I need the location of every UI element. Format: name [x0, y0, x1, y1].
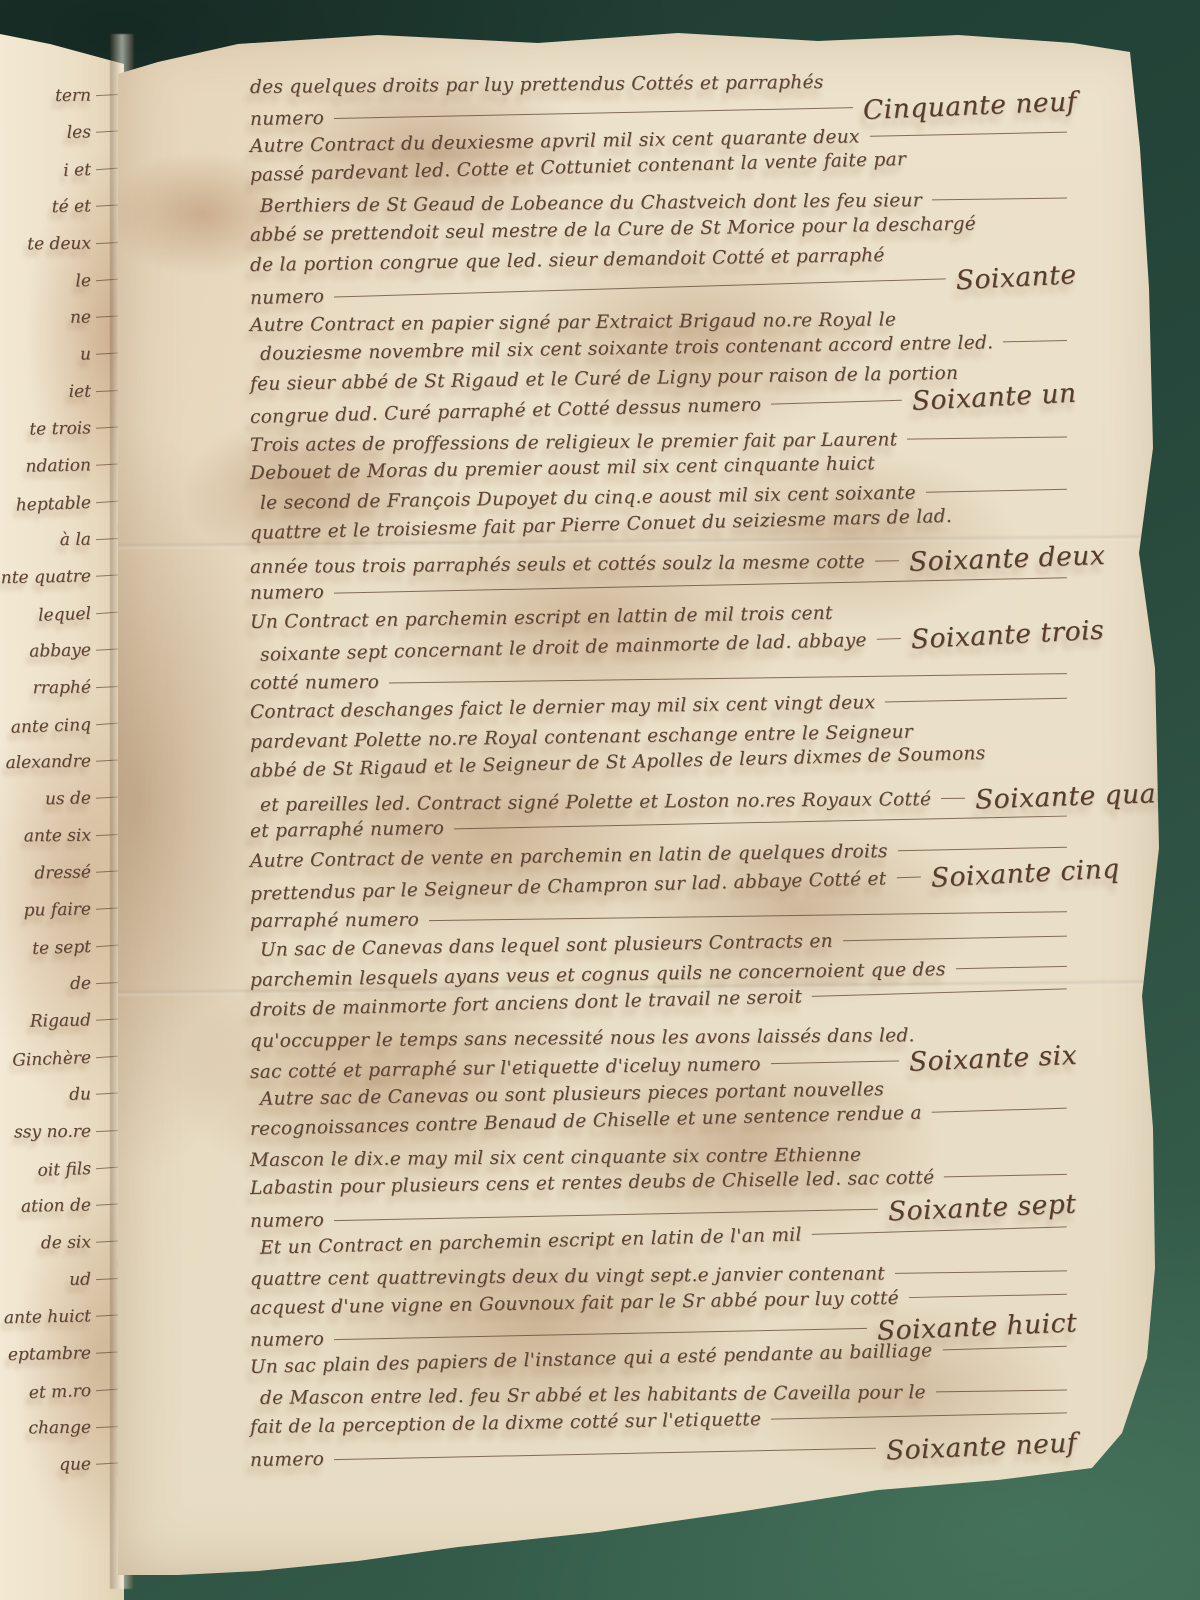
ink-rule — [771, 1412, 1067, 1419]
margin-number: Soixante neuf — [885, 1428, 1077, 1466]
fragment-text: iet — [68, 374, 91, 411]
fragment-text: ante huict — [4, 1298, 92, 1337]
left-page-fragment: u — [0, 336, 122, 376]
ink-rule — [895, 1270, 1067, 1273]
fragment-text: te sept — [32, 929, 92, 968]
left-page-fragment: de six — [0, 1224, 122, 1264]
left-page-fragment: oit fils — [0, 1150, 123, 1191]
ink-rule — [936, 1390, 1067, 1393]
ink-rule — [334, 1328, 867, 1340]
fragment-text: de six — [41, 1224, 92, 1262]
margin-number: Soixante trois — [910, 616, 1105, 656]
left-page-fragment: dressé — [0, 854, 122, 894]
ink-rule — [956, 966, 1067, 969]
ink-rule — [334, 1209, 878, 1221]
fragment-text: abbaye — [29, 632, 91, 670]
ink-rule — [926, 489, 1067, 493]
fragment-text: rraphé — [33, 670, 92, 708]
left-page-fragment: abbaye — [0, 632, 122, 672]
fragment-text: ation de — [21, 1187, 92, 1225]
fragment-text: ante cinq — [10, 707, 91, 747]
ink-rule — [941, 798, 965, 799]
left-page-fragment: le — [0, 262, 123, 303]
ink-rule — [812, 988, 1067, 997]
left-page-fragment: te deux — [0, 225, 122, 263]
left-page-fragment: ud — [0, 1261, 122, 1299]
left-page-fragment: à la — [0, 521, 122, 559]
manuscript-photo: tern les i et té et te deux le ne — [0, 0, 1200, 1600]
left-page-fragment: alexandre — [0, 743, 122, 783]
left-page-fragment: change — [0, 1409, 122, 1447]
left-page-fragment: rraphé — [0, 669, 122, 707]
line-text: et parraphé numero — [250, 814, 445, 847]
fragment-text: ndation — [25, 447, 91, 485]
left-page-fragment: ssy no.re — [0, 1113, 122, 1151]
left-page-fragment: ne — [0, 299, 122, 339]
ink-rule — [334, 577, 1067, 593]
ink-rule — [771, 399, 902, 404]
ink-rule — [429, 912, 1067, 922]
left-page-fragment: ante six — [0, 817, 122, 855]
fragment-text: et m.ro — [28, 1373, 91, 1412]
fragment-text: que — [59, 1446, 92, 1484]
fragment-text: u — [80, 336, 92, 373]
line-text: cotté numero — [250, 668, 379, 699]
fragment-text: change — [28, 1410, 91, 1448]
left-page-fragment: tern — [0, 77, 122, 115]
left-page-fragment: lequel — [0, 595, 123, 636]
fragment-text: Rigaud — [30, 1002, 92, 1040]
left-page-fragment: ation de — [0, 1187, 122, 1227]
fragment-text: oit fils — [37, 1151, 92, 1190]
left-page-fragment: pu faire — [0, 891, 122, 931]
ink-rule — [898, 846, 1067, 851]
fragment-text: dressé — [34, 854, 91, 892]
left-page-fragment: te sept — [0, 928, 123, 969]
left-page-fragment: les — [0, 114, 122, 154]
fragment-text: nte quatre — [0, 558, 91, 597]
margin-number: Soixante cinq — [930, 854, 1120, 893]
fragment-text: té et — [51, 188, 91, 226]
ink-rule — [909, 1293, 1067, 1297]
fragment-text: ssy no.re — [14, 1114, 91, 1152]
left-page-fragment: heptable — [0, 484, 123, 525]
ink-rule — [334, 278, 946, 297]
ink-rule — [932, 1108, 1067, 1113]
line-text: numero — [250, 104, 325, 135]
fragment-text: du — [69, 1076, 92, 1113]
left-page-fragment: iet — [0, 373, 122, 411]
left-page-fragment: eptambre — [0, 1335, 122, 1375]
fragment-text: les — [66, 114, 91, 151]
left-page-fragment: que — [0, 1446, 122, 1486]
left-page-fragment: té et — [0, 188, 122, 228]
fragment-text: te trois — [29, 410, 91, 448]
fragment-text: ud — [69, 1262, 91, 1299]
ink-rule — [877, 638, 901, 640]
ink-rule — [843, 936, 1067, 942]
manuscript-page: des quelques droits par luy prettendus C… — [118, 28, 1165, 1575]
fragment-text: lequel — [38, 596, 92, 635]
handwritten-text-column: des quelques droits par luy prettendus C… — [118, 28, 1165, 1472]
ink-rule — [875, 560, 899, 561]
fragment-text: ante six — [24, 818, 92, 856]
fragment-text: Ginchère — [12, 1040, 92, 1080]
fragment-text: i et — [63, 152, 92, 190]
left-page-fragment: us de — [0, 780, 122, 820]
left-page-fragment: de — [0, 965, 122, 1003]
margin-number: Soixante — [955, 260, 1077, 296]
line-text: numero — [250, 1444, 325, 1475]
ink-rule — [907, 436, 1067, 439]
left-page-fragment: et m.ro — [0, 1372, 123, 1413]
fragment-text: heptable — [15, 485, 91, 525]
fragment-text: tern — [55, 78, 91, 115]
line-text: parraphé numero — [250, 906, 419, 937]
fragment-text: le — [75, 263, 92, 301]
left-page-fragment: i et — [0, 151, 123, 192]
left-page-fragment: Ginchère — [0, 1039, 123, 1080]
fragment-text: alexandre — [5, 743, 91, 782]
fragment-text: eptambre — [8, 1335, 92, 1374]
ink-rule — [771, 1061, 899, 1065]
fragment-text: us de — [45, 780, 92, 818]
left-page-fragment: ante huict — [0, 1298, 122, 1338]
fragment-text: te deux — [27, 226, 91, 264]
ink-rule — [812, 1226, 1067, 1235]
ink-rule — [942, 1346, 1066, 1351]
ink-rule — [1003, 340, 1067, 342]
line-text: numero — [250, 282, 325, 314]
ink-rule — [944, 1174, 1067, 1178]
left-page-fragment: nte quatre — [0, 558, 122, 598]
fragment-text: à la — [60, 522, 92, 559]
fragment-text: pu faire — [23, 891, 91, 929]
ink-rule — [454, 815, 1067, 829]
line-text: numero — [250, 577, 325, 608]
left-page-fragment: ndation — [0, 447, 122, 487]
fragment-text: de — [70, 966, 91, 1003]
ink-rule — [334, 1447, 876, 1459]
left-page-edge: tern les i et té et te deux le ne — [0, 18, 124, 1600]
fragment-text: ne — [70, 299, 92, 336]
left-page-fragment: ante cinq — [0, 706, 123, 747]
left-page-fragment: Rigaud — [0, 1002, 122, 1042]
left-page-fragment: te trois — [0, 410, 122, 450]
ink-rule — [896, 876, 920, 878]
ink-rule — [932, 198, 1067, 201]
ink-rule — [870, 131, 1067, 136]
margin-number: Soixante un — [911, 378, 1077, 416]
ink-rule — [389, 673, 1067, 683]
ink-rule — [334, 107, 853, 119]
ink-rule — [885, 697, 1067, 702]
left-page-fragment: du — [0, 1076, 122, 1116]
left-page-fragment-column: tern les i et té et te deux le ne — [0, 18, 124, 1484]
